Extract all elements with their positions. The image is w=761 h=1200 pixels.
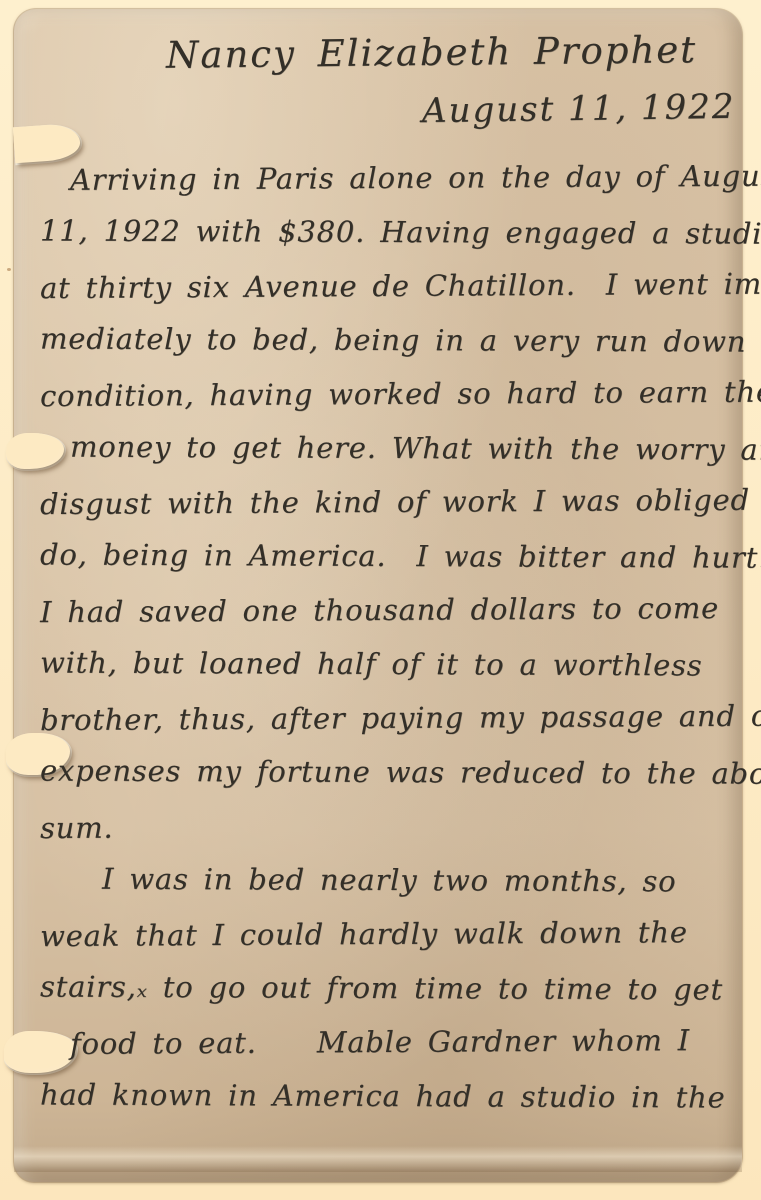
scan-background: Nancy Elizabeth Prophet August 11, 1922 … [0,0,761,1200]
author-name: Nancy Elizabeth Prophet [166,28,697,77]
manuscript-line: expenses my fortune was reduced to the a… [40,743,730,800]
paper-crease [14,1146,742,1172]
manuscript-line: sum. [40,797,730,855]
manuscript-line: with, but loaned half of it to a worthle… [40,635,730,692]
paper-fleck [7,268,11,271]
manuscript-line: had known in America had a studio in the [40,1067,730,1124]
manuscript-line: stairs,ₓ to go out from time to time to … [40,959,730,1016]
manuscript-body: Arriving in Paris alone on the day of Au… [40,151,730,1123]
manuscript-line: I had saved one thousand dollars to come [40,581,730,639]
manuscript-line: brother, thus, after paying my passage a… [40,689,730,747]
manuscript-page: Nancy Elizabeth Prophet August 11, 1922 … [14,9,742,1182]
manuscript-line: mediately to bed, being in a very run do… [40,311,730,368]
date-line: August 11, 1922 [422,87,736,131]
manuscript-line: food to eat. Mable Gardner whom I [40,1013,730,1071]
manuscript-line: do, being in America. I was bitter and h… [40,527,730,584]
manuscript-line: condition, having worked so hard to earn… [40,365,730,423]
manuscript-line: Arriving in Paris alone on the day of Au… [40,149,730,207]
manuscript-line: money to get here. What with the worry a… [40,419,730,476]
manuscript-line: 11, 1922 with $380. Having engaged a stu… [40,203,730,260]
manuscript-line: at thirty six Avenue de Chatillon. I wen… [40,257,730,315]
manuscript-line: I was in bed nearly two months, so [40,851,730,908]
manuscript-line: disgust with the kind of work I was obli… [40,473,730,531]
manuscript-line: weak that I could hardly walk down the [40,905,730,963]
